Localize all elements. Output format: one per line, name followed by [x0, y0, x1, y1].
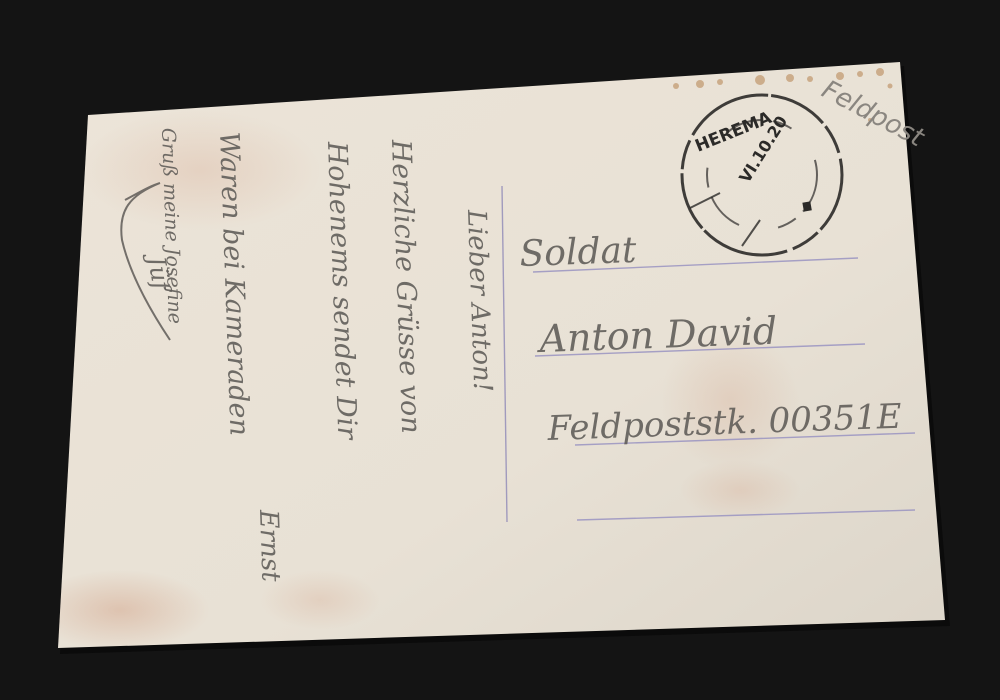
postmark-block: [802, 201, 811, 211]
postcard-photo: HEREMA VI.10.20 Feldpost Soldat Anton Da…: [0, 0, 1000, 700]
postcard: HEREMA VI.10.20 Feldpost Soldat Anton Da…: [30, 62, 950, 654]
address-line-name: Anton David: [536, 309, 778, 361]
message-greeting: Lieber Anton!: [461, 208, 497, 392]
address-line-soldat: Soldat: [519, 230, 638, 275]
message-line-3: Ernst: [253, 508, 286, 582]
